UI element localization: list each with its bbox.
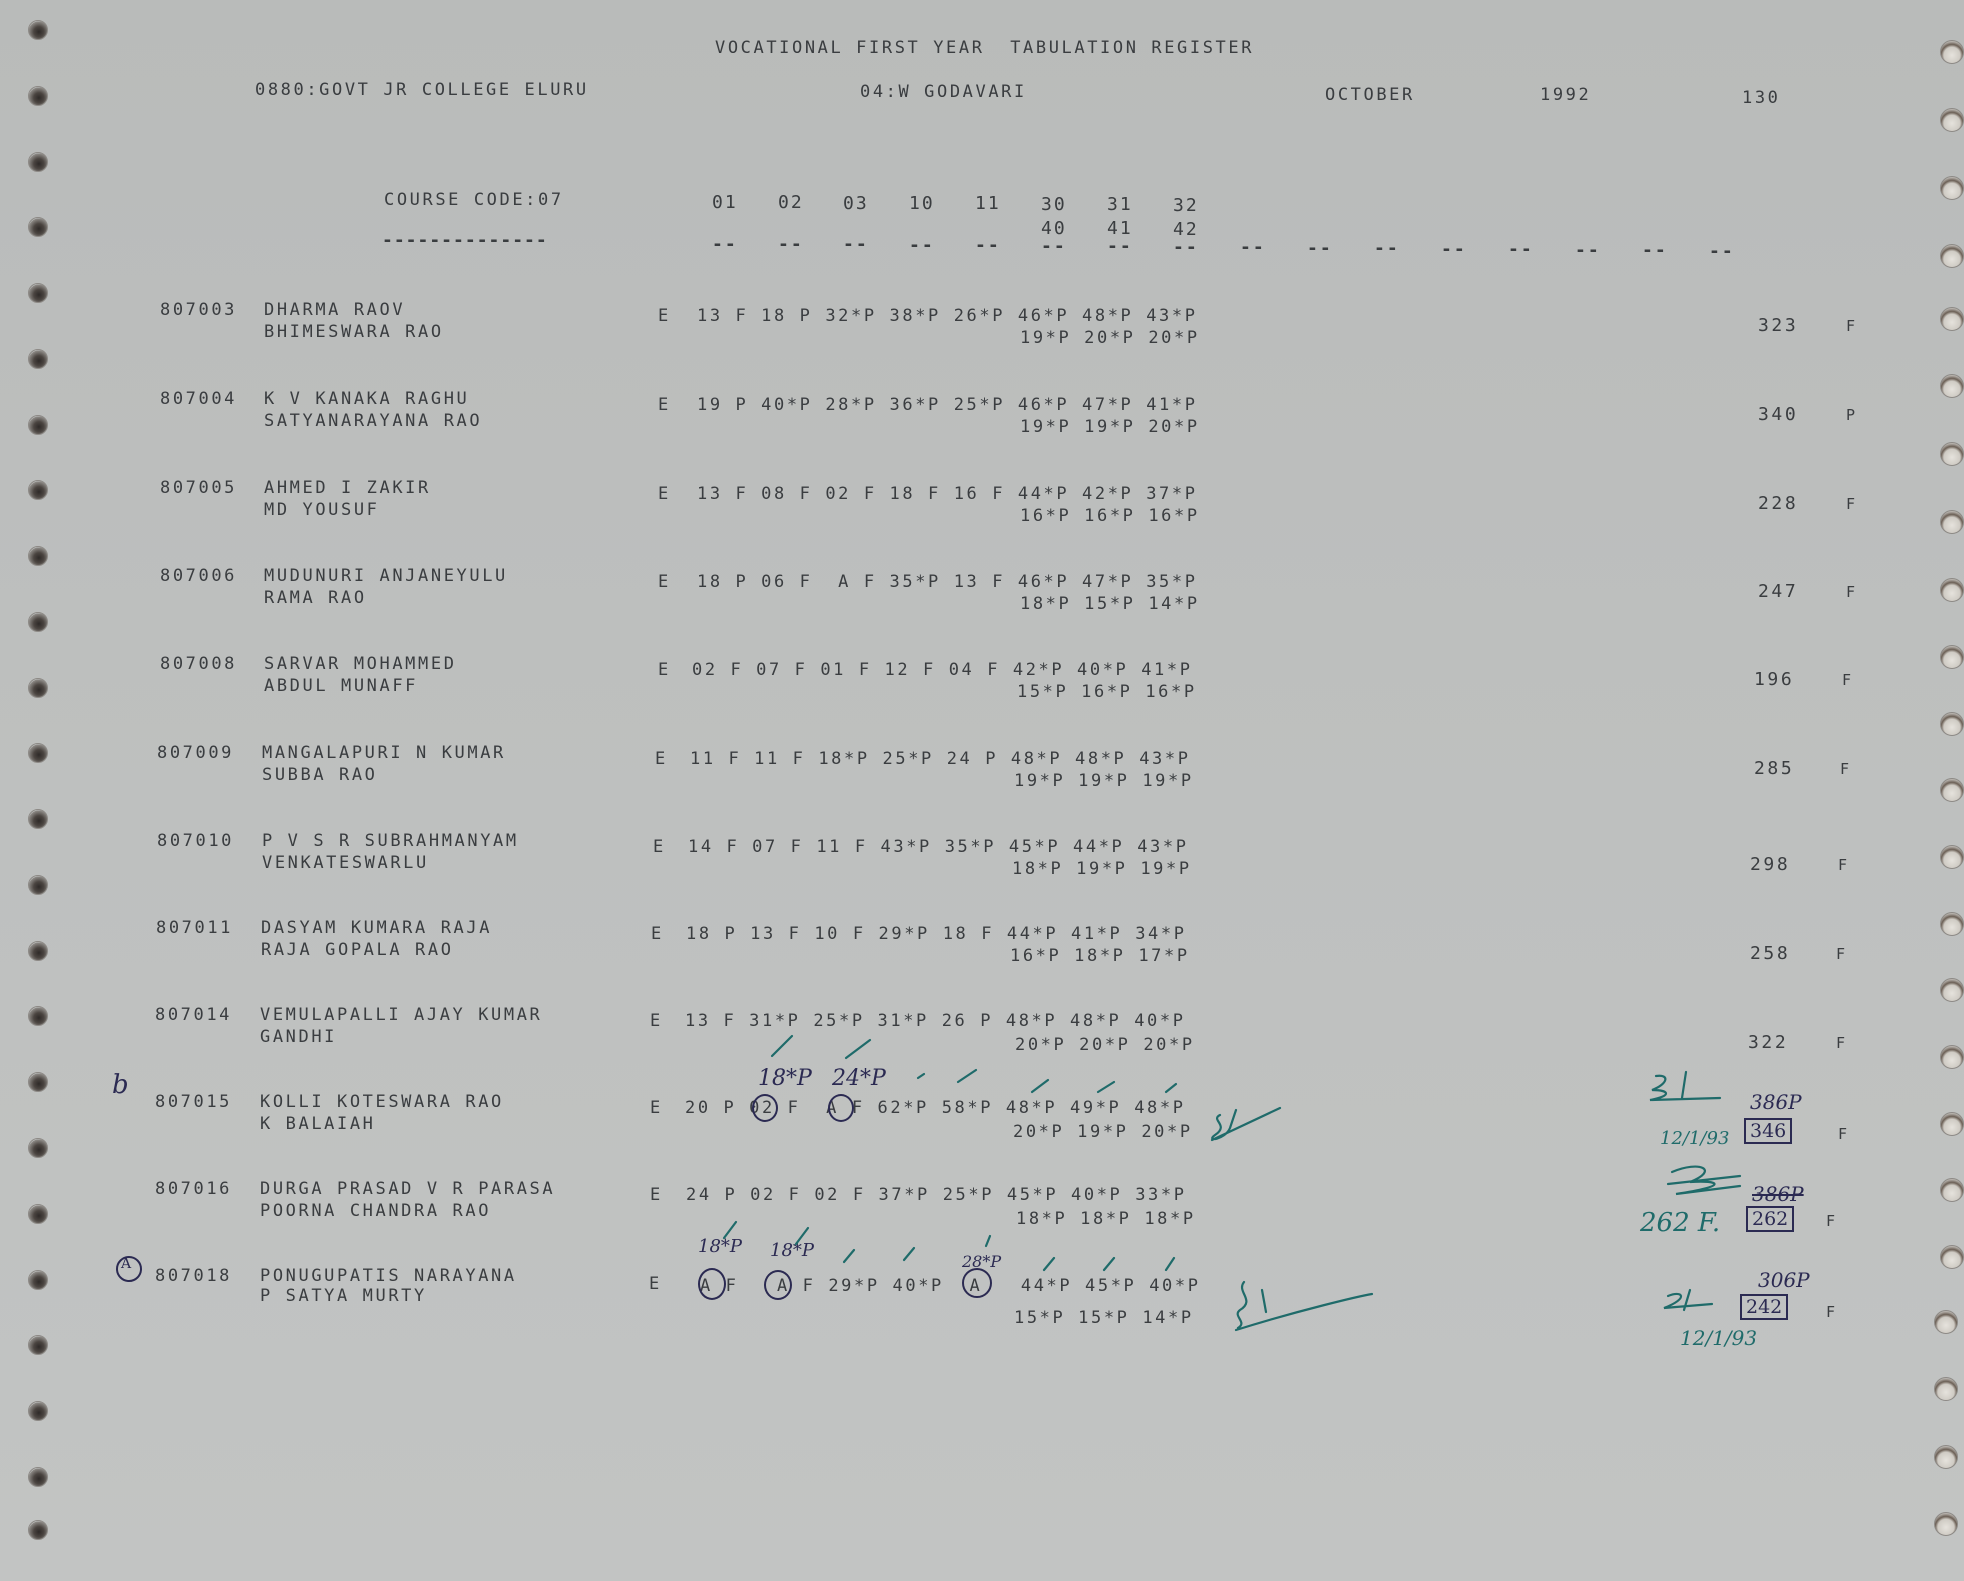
circled-mark-icon bbox=[698, 1268, 726, 1300]
marks-line-1: 24 P 02 F 02 F 37*P 25*P 45*P 40*P 33*P bbox=[686, 1185, 1187, 1205]
medium: E bbox=[658, 572, 671, 592]
result: P bbox=[1846, 405, 1858, 425]
boxed-total: 262 bbox=[1746, 1206, 1794, 1232]
roll-number: 807016 bbox=[155, 1179, 232, 1199]
column-dash: -- bbox=[1307, 238, 1333, 259]
column-dash: -- bbox=[1575, 240, 1601, 261]
subject-code: 30 bbox=[1041, 194, 1067, 215]
marks-line-2: 18*P 15*P 14*P bbox=[1020, 594, 1200, 614]
margin-mark: A bbox=[121, 1256, 131, 1272]
struck-total: 386P bbox=[1752, 1182, 1804, 1206]
result: F bbox=[1838, 855, 1850, 875]
father-name: GANDHI bbox=[260, 1027, 337, 1047]
boxed-total: 346 bbox=[1744, 1118, 1792, 1144]
roll-number: 807005 bbox=[160, 478, 237, 498]
result: F bbox=[1842, 670, 1854, 690]
column-dash: -- bbox=[712, 234, 738, 255]
result: F bbox=[1840, 759, 1852, 779]
page-number: 130 bbox=[1742, 88, 1781, 108]
column-dash: -- bbox=[1642, 240, 1668, 261]
revised-total: 306P bbox=[1758, 1268, 1810, 1292]
punch-hole-icon bbox=[1940, 244, 1964, 268]
district-name: 04:W GODAVARI bbox=[860, 82, 1027, 102]
column-dash: -- bbox=[1441, 239, 1467, 260]
student-name: K V KANAKA RAGHU bbox=[264, 389, 469, 409]
marks-line-2: 19*P 19*P 20*P bbox=[1020, 417, 1200, 437]
signature-date: 12/1/93 bbox=[1660, 1128, 1729, 1149]
grand-total: 228 bbox=[1758, 494, 1798, 514]
student-row: 807008 SARVAR MOHAMMED ABDUL MUNAFF E 02… bbox=[0, 654, 1964, 714]
subject-code: 10 bbox=[909, 193, 935, 214]
medium: E bbox=[658, 395, 671, 415]
marks-line-2: 16*P 18*P 17*P bbox=[1010, 946, 1190, 966]
punch-hole-icon bbox=[1934, 1512, 1958, 1536]
student-row: 807003 DHARMA RAOV BHIMESWARA RAO E 13 F… bbox=[0, 300, 1964, 360]
medium: E bbox=[658, 306, 671, 326]
student-row: 807010 P V S R SUBRAHMANYAM VENKATESWARL… bbox=[0, 831, 1964, 891]
medium: E bbox=[655, 749, 668, 769]
subject-code: 11 bbox=[975, 193, 1001, 214]
student-name: P V S R SUBRAHMANYAM bbox=[262, 831, 519, 851]
punch-hole-icon bbox=[1940, 978, 1964, 1002]
result: F bbox=[1838, 1124, 1850, 1144]
boxed-total: 242 bbox=[1740, 1294, 1788, 1320]
medium: E bbox=[649, 1274, 662, 1294]
marks-line-2: 19*P 20*P 20*P bbox=[1020, 328, 1200, 348]
student-name: DASYAM KUMARA RAJA bbox=[261, 918, 492, 938]
tick-icon bbox=[904, 1248, 914, 1260]
college-name: 0880:GOVT JR COLLEGE ELURU bbox=[255, 80, 589, 100]
student-name: DHARMA RAOV bbox=[264, 300, 405, 320]
result: F bbox=[1846, 494, 1858, 514]
father-name: POORNA CHANDRA RAO bbox=[260, 1201, 491, 1221]
marks-line-2: 18*P 18*P 18*P bbox=[1016, 1209, 1196, 1229]
punch-hole-icon bbox=[28, 809, 48, 829]
grand-total: 285 bbox=[1754, 759, 1794, 779]
student-name: MUDUNURI ANJANEYULU bbox=[264, 566, 508, 586]
column-dash: -- bbox=[1107, 236, 1133, 257]
exam-year: 1992 bbox=[1540, 85, 1591, 105]
medium: E bbox=[653, 837, 666, 857]
tick-icon bbox=[1166, 1084, 1176, 1092]
roll-number: 807018 bbox=[155, 1266, 232, 1286]
tick-icon bbox=[1032, 1080, 1048, 1092]
course-code-label: COURSE CODE:07 bbox=[384, 190, 564, 210]
grand-total: 196 bbox=[1754, 670, 1794, 690]
punch-hole-icon bbox=[1934, 1377, 1958, 1401]
student-row: 807006 MUDUNURI ANJANEYULU RAMA RAO E 18… bbox=[0, 566, 1964, 626]
father-name: VENKATESWARLU bbox=[262, 853, 429, 873]
handwritten-note: 262 F. bbox=[1640, 1208, 1720, 1238]
father-name: P SATYA MURTY bbox=[260, 1286, 427, 1306]
medium: E bbox=[650, 1185, 663, 1205]
tick-icon bbox=[958, 1070, 976, 1082]
punch-hole-icon bbox=[1940, 712, 1964, 736]
medium: E bbox=[658, 660, 671, 680]
medium: E bbox=[650, 1011, 663, 1031]
roll-number: 807008 bbox=[160, 654, 237, 674]
marks-line-2: 18*P 19*P 19*P bbox=[1012, 859, 1192, 879]
subject-code: 01 bbox=[712, 192, 738, 213]
tick-icon bbox=[844, 1250, 854, 1262]
column-dash: -- bbox=[1508, 239, 1534, 260]
student-name: SARVAR MOHAMMED bbox=[264, 654, 457, 674]
student-row: 807011 DASYAM KUMARA RAJA RAJA GOPALA RA… bbox=[0, 918, 1964, 978]
father-name: SATYANARAYANA RAO bbox=[264, 411, 482, 431]
result: F bbox=[1826, 1302, 1838, 1322]
marks-line-1: 14 F 07 F 11 F 43*P 35*P 45*P 44*P 43*P bbox=[688, 837, 1189, 857]
course-code-underline: -------------- bbox=[382, 230, 548, 251]
medium: E bbox=[651, 924, 664, 944]
tick-icon bbox=[918, 1074, 924, 1078]
column-dash: -- bbox=[778, 234, 804, 255]
punch-hole-icon bbox=[28, 1072, 48, 1092]
subject-code: 03 bbox=[843, 193, 869, 214]
student-row: 807014 VEMULAPALLI AJAY KUMAR GANDHI E 1… bbox=[0, 1005, 1964, 1065]
student-name: MANGALAPURI N KUMAR bbox=[262, 743, 506, 763]
subject-code: 02 bbox=[778, 192, 804, 213]
marks-line-1: 18 P 13 F 10 F 29*P 18 F 44*P 41*P 34*P bbox=[686, 924, 1187, 944]
student-name: KOLLI KOTESWARA RAO bbox=[260, 1092, 504, 1112]
student-name: PONUGUPATIS NARAYANA bbox=[260, 1266, 517, 1286]
punch-hole-icon bbox=[28, 152, 48, 172]
student-row: 807009 MANGALAPURI N KUMAR SUBBA RAO E 1… bbox=[0, 743, 1964, 803]
marks-line-2: 20*P 20*P 20*P bbox=[1015, 1035, 1195, 1055]
father-name: SUBBA RAO bbox=[262, 765, 378, 785]
father-name: ABDUL MUNAFF bbox=[264, 676, 418, 696]
roll-number: 807006 bbox=[160, 566, 237, 586]
reval-mark: 18*P bbox=[770, 1240, 814, 1261]
marks-line-1: 18 P 06 F A F 35*P 13 F 46*P 47*P 35*P bbox=[697, 572, 1198, 592]
marks-line-1: 13 F 18 P 32*P 38*P 26*P 46*P 48*P 43*P bbox=[697, 306, 1198, 326]
marks-line-2: 15*P 16*P 16*P bbox=[1017, 682, 1197, 702]
roll-number: 807003 bbox=[160, 300, 237, 320]
reval-mark: 18*P bbox=[698, 1236, 742, 1257]
tick-icon bbox=[1098, 1082, 1114, 1092]
punch-hole-icon bbox=[1940, 108, 1964, 132]
roll-number: 807015 bbox=[155, 1092, 232, 1112]
father-name: MD YOUSUF bbox=[264, 500, 380, 520]
result: F bbox=[1846, 582, 1858, 602]
result: F bbox=[1836, 1033, 1848, 1053]
father-name: BHIMESWARA RAO bbox=[264, 322, 444, 342]
marks-line-2: 16*P 16*P 16*P bbox=[1020, 506, 1200, 526]
marks-line-2: 19*P 19*P 19*P bbox=[1014, 771, 1194, 791]
student-row: 807004 K V KANAKA RAGHU SATYANARAYANA RA… bbox=[0, 389, 1964, 449]
roll-number: 807009 bbox=[157, 743, 234, 763]
punch-hole-icon bbox=[28, 86, 48, 106]
result: F bbox=[1836, 944, 1848, 964]
marks-line-1: 02 F 07 F 01 F 12 F 04 F 42*P 40*P 41*P bbox=[692, 660, 1193, 680]
punch-hole-icon bbox=[28, 1335, 48, 1355]
roll-number: 807014 bbox=[155, 1005, 232, 1025]
punch-hole-icon bbox=[28, 217, 48, 237]
student-row: 807005 AHMED I ZAKIR MD YOUSUF E 13 F 08… bbox=[0, 478, 1964, 538]
column-dash: -- bbox=[975, 235, 1001, 256]
exam-month: OCTOBER bbox=[1325, 85, 1415, 105]
column-dash: -- bbox=[909, 235, 935, 256]
punch-hole-icon bbox=[1934, 1445, 1958, 1469]
punch-hole-icon bbox=[28, 1520, 48, 1540]
marks-line-1: 19 P 40*P 28*P 36*P 25*P 46*P 47*P 41*P bbox=[697, 395, 1198, 415]
reval-mark: 24*P bbox=[832, 1066, 886, 1091]
result: F bbox=[1826, 1211, 1838, 1231]
result: F bbox=[1846, 316, 1858, 336]
marks-line-1: 13 F 31*P 25*P 31*P 26 P 48*P 48*P 40*P bbox=[685, 1011, 1186, 1031]
marks-line-1: 11 F 11 F 18*P 25*P 24 P 48*P 48*P 43*P bbox=[690, 749, 1191, 769]
circled-mark-icon bbox=[962, 1268, 992, 1298]
student-name: AHMED I ZAKIR bbox=[264, 478, 431, 498]
reval-mark: 18*P bbox=[758, 1066, 812, 1091]
circled-mark-icon bbox=[764, 1270, 792, 1300]
marks-line-2: 15*P 15*P 14*P bbox=[1014, 1308, 1194, 1328]
column-dash: -- bbox=[1041, 236, 1067, 257]
column-dash: -- bbox=[1240, 237, 1266, 258]
signature-date: 12/1/93 bbox=[1680, 1326, 1757, 1350]
revised-total: 386P bbox=[1750, 1090, 1802, 1114]
student-name: VEMULAPALLI AJAY KUMAR bbox=[260, 1005, 542, 1025]
punch-hole-icon bbox=[1940, 176, 1964, 200]
grand-total: 247 bbox=[1758, 582, 1798, 602]
grand-total: 323 bbox=[1758, 316, 1798, 336]
column-dash: -- bbox=[1709, 241, 1735, 262]
grand-total: 322 bbox=[1748, 1033, 1788, 1053]
marks-line-2: 20*P 19*P 20*P bbox=[1013, 1122, 1193, 1142]
roll-number: 807010 bbox=[157, 831, 234, 851]
column-dash: -- bbox=[843, 234, 869, 255]
grand-total: 258 bbox=[1750, 944, 1790, 964]
punch-hole-icon bbox=[1940, 40, 1964, 64]
marks-line-1: 13 F 08 F 02 F 18 F 16 F 44*P 42*P 37*P bbox=[697, 484, 1198, 504]
grand-total: 298 bbox=[1750, 855, 1790, 875]
punch-hole-icon bbox=[28, 20, 48, 40]
father-name: RAJA GOPALA RAO bbox=[261, 940, 454, 960]
grand-total: 340 bbox=[1758, 405, 1798, 425]
subject-code: 31 bbox=[1107, 194, 1133, 215]
roll-number: 807004 bbox=[160, 389, 237, 409]
circled-mark-icon bbox=[828, 1094, 854, 1122]
punch-hole-icon bbox=[28, 1401, 48, 1421]
punch-hole-icon bbox=[28, 546, 48, 566]
student-name: DURGA PRASAD V R PARASA bbox=[260, 1179, 555, 1199]
punch-hole-icon bbox=[28, 1467, 48, 1487]
subject-code: 32 bbox=[1173, 195, 1199, 216]
medium: E bbox=[650, 1098, 663, 1118]
tabulation-register-sheet: VOCATIONAL FIRST YEAR TABULATION REGISTE… bbox=[0, 0, 1964, 1581]
circled-mark-icon bbox=[752, 1094, 778, 1122]
column-dash: -- bbox=[1374, 238, 1400, 259]
father-name: K BALAIAH bbox=[260, 1114, 376, 1134]
column-dash: -- bbox=[1173, 237, 1199, 258]
roll-number: 807011 bbox=[156, 918, 233, 938]
margin-mark: b bbox=[112, 1070, 129, 1100]
father-name: RAMA RAO bbox=[264, 588, 367, 608]
medium: E bbox=[658, 484, 671, 504]
register-title: VOCATIONAL FIRST YEAR TABULATION REGISTE… bbox=[715, 38, 1254, 58]
